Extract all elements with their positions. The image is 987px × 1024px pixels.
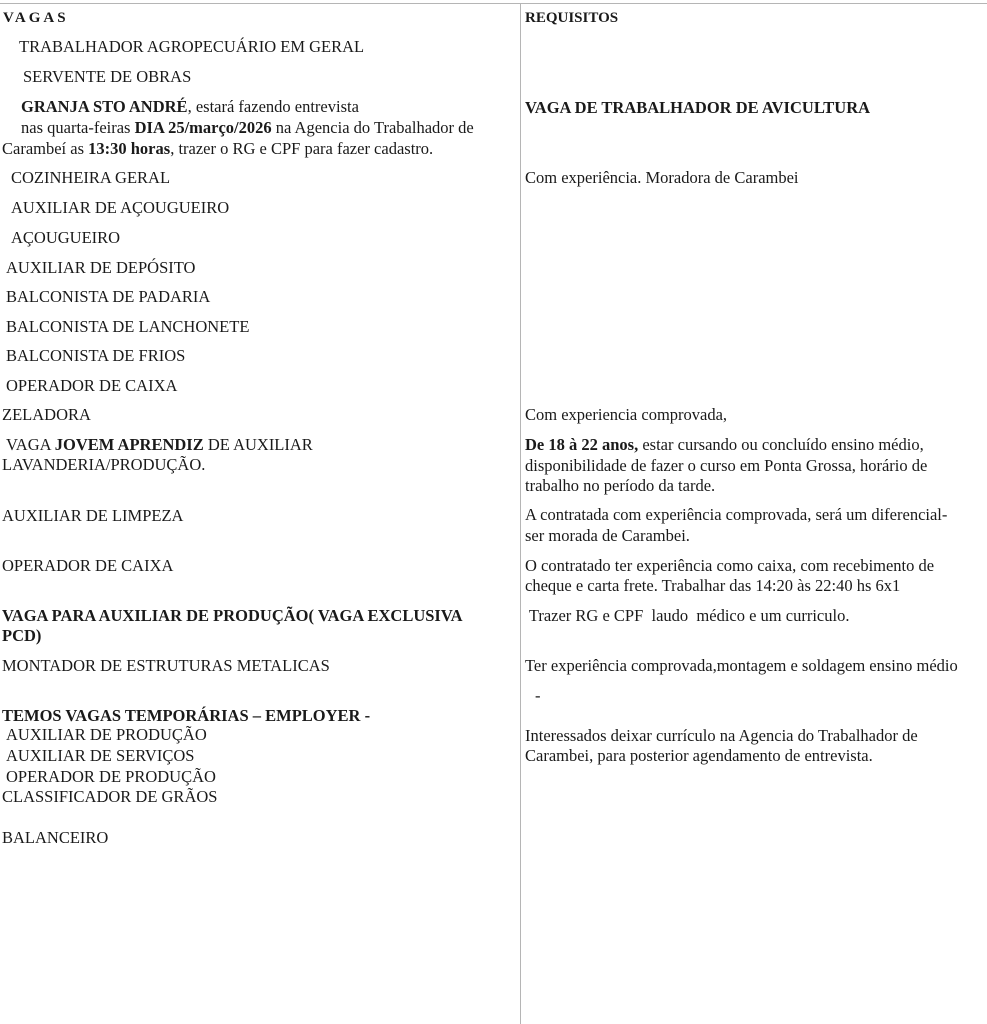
req-montador: Ter experiência comprovada,montagem e so… bbox=[525, 656, 958, 676]
granja-line-1: GRANJA STO ANDRÉ, estará fazendo entrevi… bbox=[21, 97, 359, 117]
vaga-acougueiro: AÇOUGUEIRO bbox=[11, 228, 120, 248]
req-pcd: Trazer RG e CPF laudo médico e um curric… bbox=[525, 606, 849, 626]
vaga-jovem-aprendiz-line-2: LAVANDERIA/PRODUÇÃO. bbox=[2, 455, 205, 475]
req-limpeza-line-2: ser morada de Carambei. bbox=[525, 526, 690, 546]
jovem-text: DE AUXILIAR bbox=[204, 435, 313, 454]
vaga-balanceiro: BALANCEIRO bbox=[2, 828, 108, 848]
vaga-auxiliar-de-deposito: AUXILIAR DE DEPÓSITO bbox=[6, 258, 195, 278]
granja-line-3: Carambeí as 13:30 horas, trazer o RG e C… bbox=[2, 139, 433, 159]
temp-vaga-auxiliar-servicos: AUXILIAR DE SERVIÇOS bbox=[6, 746, 194, 766]
vaga-pcd-line-2: PCD) bbox=[2, 626, 41, 646]
temp-vaga-auxiliar-producao: AUXILIAR DE PRODUÇÃO bbox=[6, 725, 207, 745]
granja-text: na Agencia do Trabalhador de bbox=[272, 118, 474, 137]
req-jovem-line-3: trabalho no período da tarde. bbox=[525, 476, 715, 496]
req-jovem-line-2: disponibilidade de fazer o curso em Pont… bbox=[525, 456, 927, 476]
granja-text: Carambeí as bbox=[2, 139, 88, 158]
req-temporarias-line-2: Carambei, para posterior agendamento de … bbox=[525, 746, 873, 766]
req-temporarias-line-1: Interessados deixar currículo na Agencia… bbox=[525, 726, 918, 746]
vaga-auxiliar-de-acougueiro: AUXILIAR DE AÇOUGUEIRO bbox=[11, 198, 229, 218]
vagas-header: VAGAS bbox=[3, 8, 69, 28]
requisitos-header: REQUISITOS bbox=[525, 8, 618, 28]
vaga-servente-de-obras: SERVENTE DE OBRAS bbox=[23, 67, 191, 87]
granja-name: GRANJA STO ANDRÉ bbox=[21, 97, 188, 116]
vaga-trabalhador-agropecuario: TRABALHADOR AGROPECUÁRIO EM GERAL bbox=[19, 37, 364, 57]
vaga-cozinheira-geral: COZINHEIRA GERAL bbox=[11, 168, 170, 188]
jovem-text: VAGA bbox=[6, 435, 55, 454]
table-top-border bbox=[0, 3, 987, 4]
req-jovem-text: estar cursando ou concluído ensino médio… bbox=[638, 435, 923, 454]
vaga-balconista-de-padaria: BALCONISTA DE PADARIA bbox=[6, 287, 210, 307]
temp-vaga-operador-producao: OPERADOR DE PRODUÇÃO bbox=[6, 767, 216, 787]
jovem-aprendiz-label: JOVEM APRENDIZ bbox=[55, 435, 204, 454]
vaga-balconista-de-frios: BALCONISTA DE FRIOS bbox=[6, 346, 185, 366]
granja-time: 13:30 horas bbox=[88, 139, 170, 158]
column-divider bbox=[520, 3, 521, 1024]
vaga-operador-de-caixa: OPERADOR DE CAIXA bbox=[6, 376, 177, 396]
granja-text: nas quarta-feiras bbox=[21, 118, 135, 137]
vaga-pcd-line-1: VAGA PARA AUXILIAR DE PRODUÇÃO( VAGA EXC… bbox=[2, 606, 463, 626]
granja-date: DIA 25/março/2026 bbox=[135, 118, 272, 137]
req-caixa-line-2: cheque e carta frete. Trabalhar das 14:2… bbox=[525, 576, 900, 596]
req-jovem-age: De 18 à 22 anos, bbox=[525, 435, 638, 454]
granja-text: , estará fazendo entrevista bbox=[188, 97, 359, 116]
temp-vaga-classificador-graos: CLASSIFICADOR DE GRÃOS bbox=[2, 787, 217, 807]
req-zeladora: Com experiencia comprovada, bbox=[525, 405, 727, 425]
granja-text: , trazer o RG e CPF para fazer cadastro. bbox=[170, 139, 433, 158]
vaga-operador-de-caixa-2: OPERADOR DE CAIXA bbox=[2, 556, 173, 576]
vaga-zeladora: ZELADORA bbox=[2, 405, 91, 425]
granja-line-2: nas quarta-feiras DIA 25/março/2026 na A… bbox=[21, 118, 474, 138]
req-limpeza-line-1: A contratada com experiência comprovada,… bbox=[525, 505, 947, 525]
vaga-balconista-de-lanchonete: BALCONISTA DE LANCHONETE bbox=[6, 317, 249, 337]
req-dash: - bbox=[535, 686, 541, 706]
req-caixa-line-1: O contratado ter experiência como caixa,… bbox=[525, 556, 934, 576]
vaga-auxiliar-de-limpeza: AUXILIAR DE LIMPEZA bbox=[2, 506, 183, 526]
vaga-montador-estruturas: MONTADOR DE ESTRUTURAS METALICAS bbox=[2, 656, 330, 676]
req-avicultura: VAGA DE TRABALHADOR DE AVICULTURA bbox=[525, 98, 870, 118]
vaga-jovem-aprendiz-line-1: VAGA JOVEM APRENDIZ DE AUXILIAR bbox=[6, 435, 313, 455]
req-cozinheira: Com experiência. Moradora de Carambei bbox=[525, 168, 799, 188]
req-jovem-line-1: De 18 à 22 anos, estar cursando ou concl… bbox=[525, 435, 924, 455]
vagas-temporarias-heading: TEMOS VAGAS TEMPORÁRIAS – EMPLOYER - bbox=[2, 706, 370, 726]
